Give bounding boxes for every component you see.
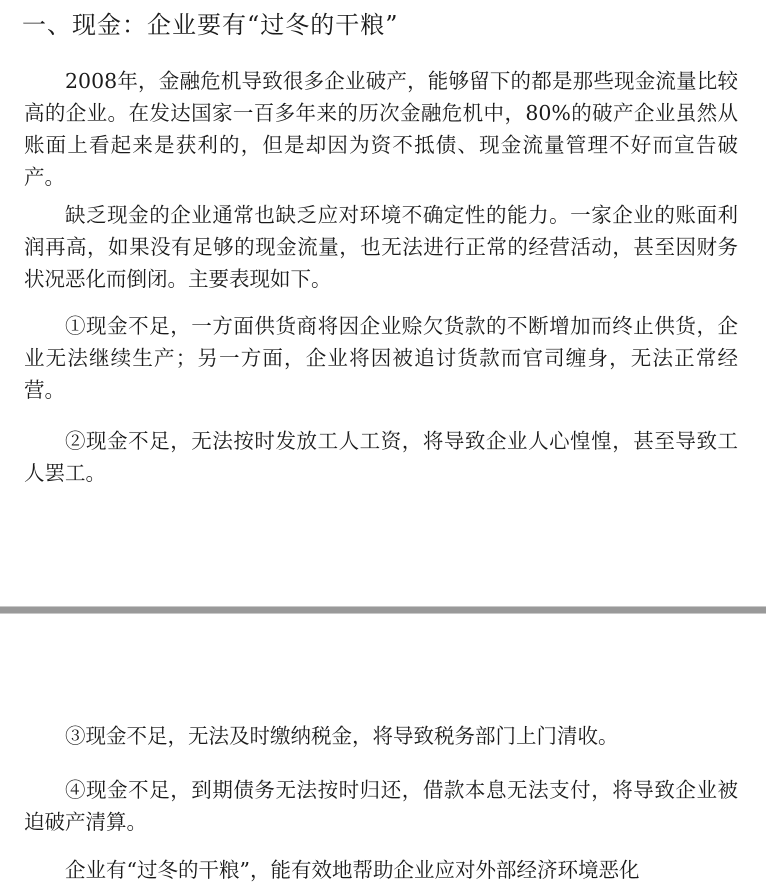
document-page-2: ③现金不足，无法及时缴纳税金，将导致税务部门上门清收。 ④现金不足，到期债务无法… [0,614,766,891]
section-heading: 一、现金：企业要有“过冬的干粮” [22,8,399,42]
paragraph-cash-shortage-intro: 缺乏现金的企业通常也缺乏应对环境不确定性的能力。一家企业的账面利润再高，如果没有… [24,199,738,295]
paragraph-point-2: ②现金不足，无法按时发放工人工资，将导致企业人心惶惶，甚至导致工人罢工。 [24,425,738,489]
paragraph-point-1: ①现金不足，一方面供货商将因企业赊欠货款的不断增加而终止供货，企业无法继续生产；… [24,310,738,406]
paragraph-financial-crisis: 2008年，金融危机导致很多企业破产，能够留下的都是那些现金流量比较高的企业。在… [24,65,738,193]
paragraph-point-3: ③现金不足，无法及时缴纳税金，将导致税务部门上门清收。 [24,720,738,752]
paragraph-winter-provisions: 企业有“过冬的干粮”，能有效地帮助企业应对外部经济环境恶化 [24,854,738,886]
document-page-1: 一、现金：企业要有“过冬的干粮” 2008年，金融危机导致很多企业破产，能够留下… [0,0,766,606]
page-separator [0,606,766,614]
paragraph-point-4: ④现金不足，到期债务无法按时归还，借款本息无法支付，将导致企业被迫破产清算。 [24,774,738,838]
